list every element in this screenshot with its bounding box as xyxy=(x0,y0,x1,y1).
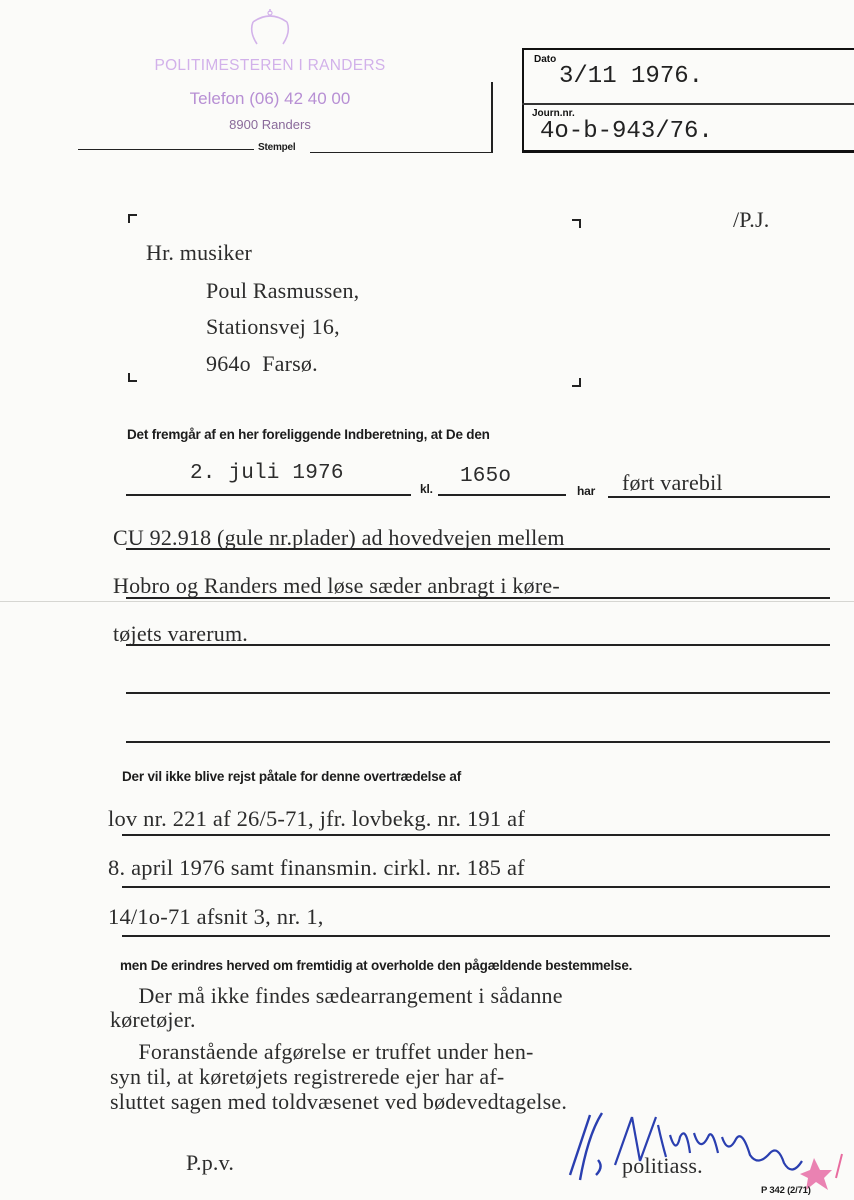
body-para2-line2: syn til, at køretøjets registrerede ejer… xyxy=(110,1064,504,1090)
law-rule-2 xyxy=(122,886,830,888)
offense-action: ført varebil xyxy=(622,470,723,496)
address-corner-top-left xyxy=(128,214,137,223)
law-line-1: lov nr. 221 af 26/5-71, jfr. lovbekg. nr… xyxy=(108,806,525,832)
section2-intro: Der vil ikke blive rejst påtale for denn… xyxy=(122,769,461,784)
journal-value: 4o-b-943/76. xyxy=(540,118,713,145)
offense-rule-1 xyxy=(126,548,830,550)
offense-rule-5 xyxy=(126,741,830,743)
address-corner-bottom-right xyxy=(572,378,581,387)
section2-outro: men De erindres herved om fremtidig at o… xyxy=(120,958,632,973)
stamp-line-1: POLITIMESTEREN I RANDERS xyxy=(100,57,440,75)
kl-label: kl. xyxy=(420,482,433,496)
offense-action-line xyxy=(608,496,830,498)
address-corner-bottom-left xyxy=(128,373,137,382)
offense-rule-4 xyxy=(126,692,830,694)
recipient-name: Poul Rasmussen, xyxy=(206,278,359,304)
body-para1-line2: køretøjer. xyxy=(110,1007,196,1033)
law-line-3: 14/1o-71 afsnit 3, nr. 1, xyxy=(108,904,324,930)
stamp-divider xyxy=(491,82,493,153)
form-code: P 342 (2/71) xyxy=(761,1185,811,1196)
body-para2-line3: sluttet sagen med toldvæsenet ved bødeve… xyxy=(110,1089,567,1115)
body-para1-line1: Der må ikke findes sædearrangement i såd… xyxy=(110,983,563,1009)
offense-date: 2. juli 1976 xyxy=(190,462,344,485)
stamp-line-3: 8900 Randers xyxy=(100,117,440,132)
date-value: 3/11 1976. xyxy=(559,63,703,90)
paper-fold xyxy=(0,601,854,602)
offense-time: 165o xyxy=(460,465,511,488)
date-label: Dato xyxy=(534,54,556,65)
recipient-city: 964o Farsø. xyxy=(206,351,318,377)
stamp-rule-left xyxy=(78,149,254,150)
offense-line-2: Hobro og Randers med løse sæder anbragt … xyxy=(113,573,560,599)
date-journal-box: Dato 3/11 1976. Journ.nr. 4o-b-943/76. xyxy=(522,48,854,153)
offense-time-line xyxy=(438,494,566,496)
reference-initials: /P.J. xyxy=(733,207,769,233)
har-label: har xyxy=(577,484,595,498)
stamp-line-2: Telefon (06) 42 40 00 xyxy=(100,89,440,109)
recipient-street: Stationsvej 16, xyxy=(206,314,340,340)
offense-rule-2 xyxy=(126,597,830,599)
law-rule-3 xyxy=(122,935,830,937)
law-line-2: 8. april 1976 samt finansmin. cirkl. nr.… xyxy=(108,855,525,881)
offense-rule-3 xyxy=(126,644,830,646)
ppv-label: P.p.v. xyxy=(186,1150,234,1176)
offense-date-line xyxy=(126,494,411,496)
stamp-rule-right xyxy=(310,152,493,153)
stamp-caption: Stempel xyxy=(258,142,296,153)
body-para2-line1: Foranstående afgørelse er truffet under … xyxy=(110,1039,534,1065)
recipient-title: Hr. musiker xyxy=(146,240,252,266)
address-corner-top-right xyxy=(572,219,581,228)
police-stamp: POLITIMESTEREN I RANDERS Telefon (06) 42… xyxy=(100,4,440,144)
crown-icon xyxy=(245,8,295,48)
section1-intro: Det fremgår af en her foreliggende Indbe… xyxy=(127,427,490,442)
law-rule-1 xyxy=(122,834,830,836)
